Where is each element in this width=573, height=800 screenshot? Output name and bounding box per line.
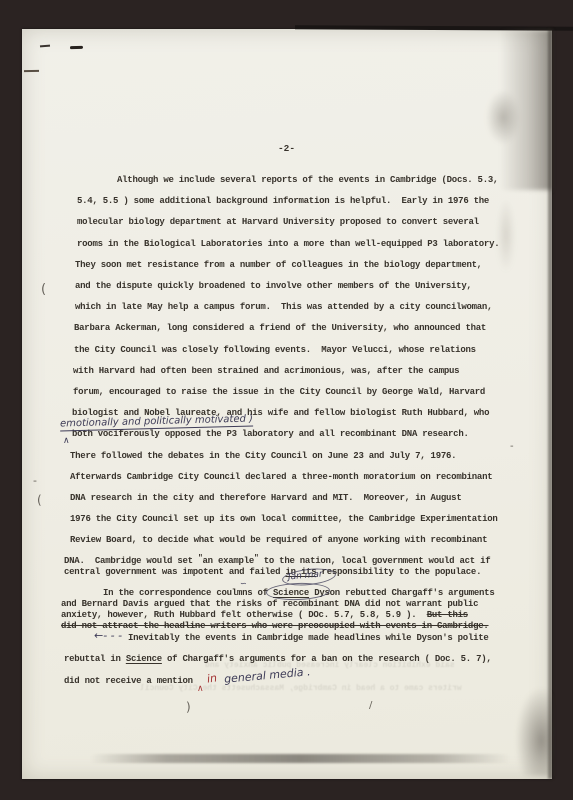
typed-segment: responsibility to the populace.	[316, 567, 481, 577]
typed-segment: of Chargaff's arguments for a ban on the…	[162, 654, 492, 664]
insertion-caret: ∧	[63, 436, 70, 446]
typed-segment: central government was impotent and fail…	[64, 567, 286, 577]
page-number: -2-	[0, 143, 573, 154]
typed-line: with Harvard had often been strained and…	[73, 366, 459, 376]
typed-line: Review Board, to decide what would be re…	[70, 535, 487, 545]
margin-paren-1: (	[41, 282, 46, 297]
typed-segment: In the correspondence coulmns of	[103, 588, 273, 598]
typed-segment-strike: But this	[427, 610, 468, 620]
typed-line: did not attract the headline writers who…	[61, 621, 489, 631]
typed-segment: Although we include several reports of t…	[117, 175, 498, 185]
typed-segment: did not receive a mention	[64, 676, 193, 686]
typed-segment: an example	[203, 556, 255, 566]
typed-line: 5.4, 5.5 ) some additional background in…	[77, 196, 489, 206]
typed-line: rooms in the Biological Laboratories int…	[77, 239, 499, 249]
typed-line: DNA. Cambridge would set "an example" to…	[64, 556, 490, 567]
typed-segment: There followed the debates in the City C…	[70, 451, 456, 461]
typed-segment: 5.4, 5.5 ) some additional background in…	[77, 196, 489, 206]
typed-segment: with Harvard had often been strained and…	[73, 366, 459, 376]
typed-line: Barbara Ackerman, long considered a frie…	[74, 323, 486, 333]
typed-segment: which in late May help a campus forum. T…	[75, 302, 492, 312]
typed-segment: rooms in the Biological Laboratories int…	[77, 239, 499, 249]
stray-paren: )	[186, 700, 191, 714]
typed-line: the City Council was closely following e…	[74, 345, 476, 355]
typed-line: central government was impotent and fail…	[64, 567, 481, 577]
typed-segment: DNA research in the city and therefore H…	[70, 493, 461, 503]
stray-slash: /	[369, 700, 372, 711]
typed-segment: both vociferously opposed the P3 laborat…	[72, 429, 469, 439]
typed-line: molecular biology department at Harvard …	[77, 217, 479, 227]
typed-segment: DNA. Cambridge would set	[64, 556, 198, 566]
margin-paren-2: (	[37, 493, 42, 507]
media-insert-in: in	[206, 671, 218, 685]
scanned-document-page: -2- said exhibition clearly increased pu…	[0, 0, 573, 800]
typed-segment: to the nation, local government would ac…	[259, 556, 491, 566]
typed-segment-sup: "	[254, 554, 259, 563]
typed-line: anxiety, however, Ruth Hubbard felt othe…	[61, 610, 468, 620]
typed-segment: rebuttal in	[64, 654, 126, 664]
typed-line: forum, encouraged to raise the issue in …	[73, 387, 485, 397]
insertion-arrow: ←- - -	[94, 629, 122, 642]
typed-line: did not receive a mention	[64, 676, 193, 686]
typed-segment: 1976 the City Council set up its own loc…	[70, 514, 498, 524]
typed-segment-u: Science	[126, 654, 162, 664]
typed-segment: Review Board, to decide what would be re…	[70, 535, 487, 545]
media-caret: ∧	[197, 684, 204, 694]
typed-segment: Barbara Ackerman, long considered a frie…	[74, 323, 486, 333]
typed-segment-strike: did not attract the headline writers who…	[61, 621, 489, 631]
typed-line: DNA research in the city and therefore H…	[70, 493, 461, 503]
typed-line: Although we include several reports of t…	[117, 175, 498, 185]
typed-line: rebuttal in Science of Chargaff's argume…	[64, 654, 492, 664]
typed-segment: the City Council was closely following e…	[74, 345, 476, 355]
typed-line: Afterwards Cambridge City Council declar…	[70, 472, 492, 482]
typed-segment: Dyson rebutted Chargaff's arguments	[309, 588, 494, 598]
typed-segment: and Bernard Davis argued that the risks …	[61, 599, 478, 609]
typed-line: which in late May help a campus forum. T…	[75, 302, 492, 312]
typed-line: Inevitably the events in Cambridge made …	[128, 633, 489, 643]
typed-line: and the dispute quickly broadened to inv…	[75, 281, 472, 291]
typed-line: 1976 the City Council set up its own loc…	[70, 514, 498, 524]
typed-segment: They soon met resistance from a number o…	[75, 260, 482, 270]
typed-segment: and the dispute quickly broadened to inv…	[75, 281, 472, 291]
coulmns-transposition-mark: ∽	[240, 579, 247, 588]
typed-segment: Inevitably the events in Cambridge made …	[128, 633, 489, 643]
typed-segment: molecular biology department at Harvard …	[77, 217, 479, 227]
typed-line: They soon met resistance from a number o…	[75, 260, 482, 270]
typed-segment: anxiety, however, Ruth Hubbard felt othe…	[61, 610, 427, 620]
typed-segment: Afterwards Cambridge City Council declar…	[70, 472, 492, 482]
typed-line: and Bernard Davis argued that the risks …	[61, 599, 478, 609]
stray-dash: -	[510, 441, 514, 452]
typed-segment: forum, encouraged to raise the issue in …	[73, 387, 485, 397]
typed-line: There followed the debates in the City C…	[70, 451, 456, 461]
typed-line: both vociferously opposed the P3 laborat…	[72, 429, 469, 439]
margin-dash: -	[33, 474, 37, 487]
typed-segment-sup: "	[198, 554, 203, 563]
